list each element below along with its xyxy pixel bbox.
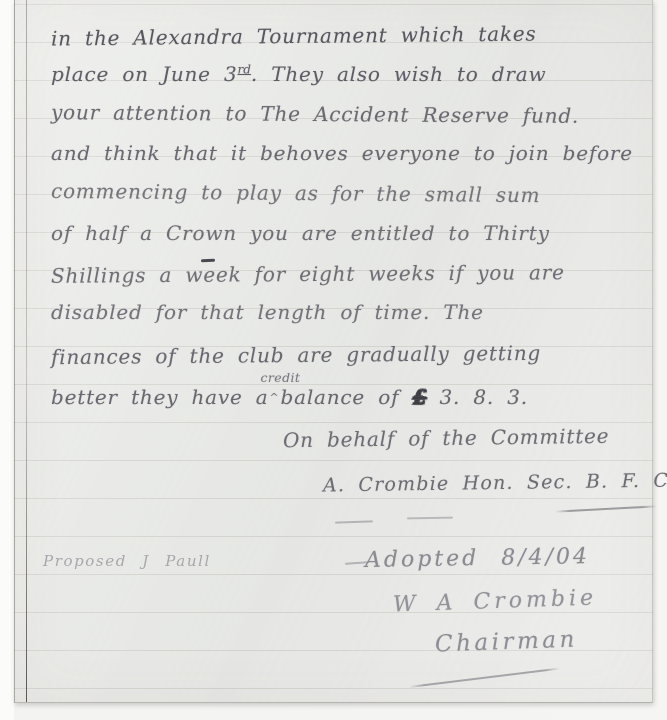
footer-proposed: Proposed J Paull xyxy=(43,552,211,570)
body-line-2: place on June 3rd. They also wish to dra… xyxy=(51,62,546,86)
secretary-underline xyxy=(555,505,657,512)
small-dash-mark-1 xyxy=(335,520,373,523)
body-line-10-start: better they have a xyxy=(51,385,269,409)
chairman-underline xyxy=(409,667,560,688)
footer-adopted: Adopted 8/4/04 xyxy=(365,544,590,573)
closing-secretary: A. Crombie Hon. Sec. B. F. C. xyxy=(323,470,667,497)
insertion-mark: ^credit xyxy=(269,384,281,404)
body-line-10-middle: balance of xyxy=(281,385,400,409)
body-line-6: of half a Crown you are entitled to Thir… xyxy=(51,221,550,245)
scanned-page: in the Alexandra Tournament which takes … xyxy=(0,0,667,720)
paper-sheet: in the Alexandra Tournament which takes … xyxy=(14,0,653,703)
body-line-4: and think that it behoves everyone to jo… xyxy=(51,141,633,165)
body-line-9: finances of the club are gradually getti… xyxy=(51,341,541,369)
inserted-word-credit: credit xyxy=(261,370,301,385)
chairman-title: Chairman xyxy=(435,627,579,658)
margin-rule-line xyxy=(26,0,27,702)
chairman-signature: W A Crombie xyxy=(393,585,598,617)
body-line-10: better they have a^creditbalance of £ 3.… xyxy=(51,384,528,409)
caret-mark: ^ xyxy=(270,391,280,404)
body-line-7: Shillings a week for eight weeks if you … xyxy=(51,260,565,288)
amount-text: 3. 8. 3. xyxy=(440,385,528,409)
ordinal-superscript: rd xyxy=(238,62,251,76)
closing-on-behalf: On behalf of the Committee xyxy=(283,424,610,453)
body-line-5: commencing to play as for the small sum xyxy=(51,179,541,207)
body-line-2-rest: . They also wish to draw xyxy=(251,62,546,86)
currency-scribble: £ xyxy=(412,385,426,409)
body-line-8: disabled for that length of time. The xyxy=(51,300,484,324)
body-line-3: your attention to The Accident Reserve f… xyxy=(51,100,579,128)
small-dash-mark-2 xyxy=(407,517,453,520)
body-line-2-date: place on June 3 xyxy=(51,62,238,86)
body-line-1: in the Alexandra Tournament which takes xyxy=(51,21,537,50)
